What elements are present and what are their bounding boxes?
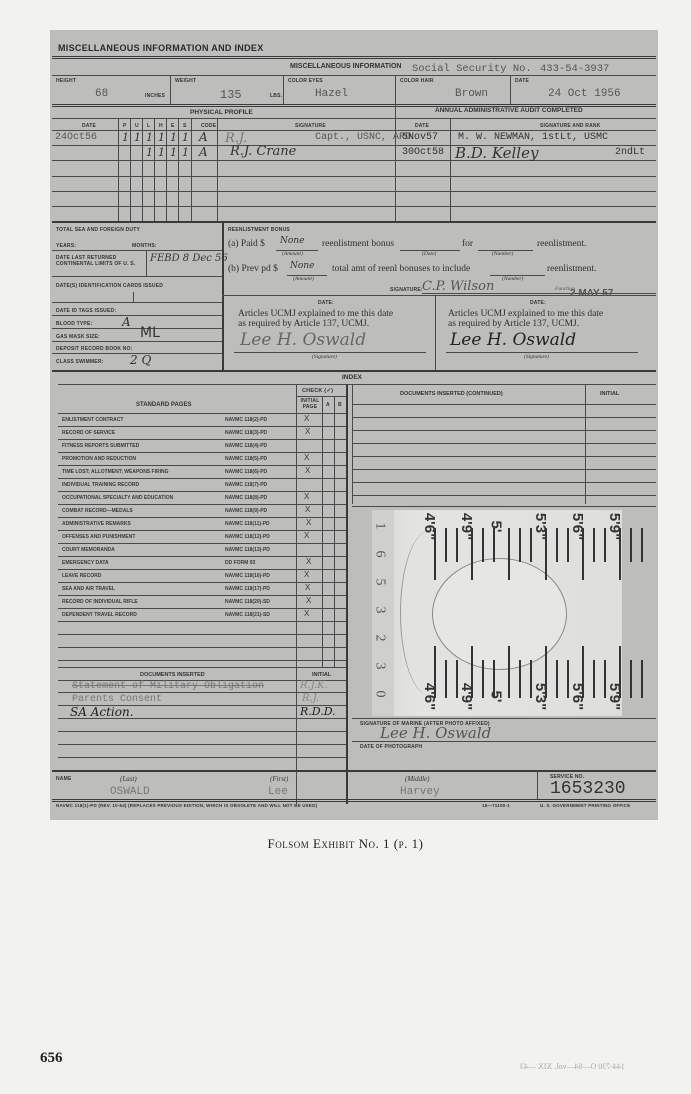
blood-label: BLOOD TYPE: <box>56 321 92 327</box>
index-row-check: X <box>304 609 309 619</box>
audit-row-2-rank: 2ndLt <box>615 147 645 158</box>
name-middle-label: (Middle) <box>405 775 430 783</box>
photo-scale-tick <box>493 528 495 562</box>
profile-row-1-u: 1 <box>134 131 141 144</box>
index-row-name: PROMOTION AND REDUCTION <box>62 456 136 462</box>
height-value: 68 <box>95 88 108 100</box>
docs-inserted-initial-header: INITIAL <box>312 672 331 678</box>
photo-scale-tick <box>482 660 484 698</box>
photo-scale-tick <box>545 528 547 580</box>
profile-row-1-date: 24Oct56 <box>55 132 97 143</box>
height-label: HEIGHT <box>56 78 76 84</box>
index-row-name: OFFENSES AND PUNISHMENT <box>62 534 135 540</box>
ucmj-2-signature: Lee H. Oswald <box>450 330 576 350</box>
bonus-b-mid: total amt of reenl bonuses to include <box>332 264 470 274</box>
photo-scale-tick <box>471 528 473 580</box>
index-row: COURT MEMORANDANAVMC 118(13)-PD <box>60 543 296 556</box>
index-row-form: NAVMC 118(9)-PD <box>225 508 267 514</box>
index-row: FITNESS REPORTS SUBMITTEDNAVMC 118(4)-PD <box>60 439 296 452</box>
index-row-check: X <box>304 531 309 541</box>
profile-row-1-l: 1 <box>146 131 153 144</box>
gas-mask-value: ML <box>140 325 160 341</box>
docs-continued-initial-header: INITIAL <box>600 391 619 397</box>
swimmer-label: CLASS SWIMMER: <box>56 359 104 365</box>
index-row-form: NAVMC 118(6)-PD <box>225 469 267 475</box>
bonus-signature: C.P. Wilson <box>422 279 494 294</box>
photo-scale-tick <box>630 528 632 562</box>
ucmj-2-text1: Articles UCMJ explained to me this date <box>448 309 603 319</box>
index-row-check: X <box>304 453 309 463</box>
audit-row-2-signature: B.D. Kelley <box>455 144 538 162</box>
index-row-form: NAVMC 118(4)-PD <box>225 443 267 449</box>
misc-info-header: MISCELLANEOUS INFORMATION <box>290 63 401 70</box>
profile-row-2-h: 1 <box>158 146 165 159</box>
photo-scale-tick <box>508 528 510 580</box>
name-first-label: (First) <box>270 775 288 783</box>
index-row-name: ADMINISTRATIVE REMARKS <box>62 521 131 527</box>
profile-row-1-signature: Capt., USNC, ARO <box>315 132 411 143</box>
index-row-check: X <box>304 570 309 580</box>
profile-row-1-p: 1 <box>122 131 129 144</box>
photo-scale-tick <box>593 660 595 698</box>
hair-value: Brown <box>455 88 488 100</box>
audit-row-2-date: 30Oct58 <box>402 147 444 158</box>
photo-scale-tick <box>630 660 632 698</box>
index-row-form: NAVMC 118(20)-SD <box>225 599 270 605</box>
profile-col-l: L <box>147 123 150 129</box>
photo-scale-tick <box>519 528 521 562</box>
bonus-a-prefix: (a) Paid $ <box>228 239 265 249</box>
index-row-name: RECORD OF INDIVIDUAL RIFLE <box>62 599 138 605</box>
photo-scale-tick <box>482 528 484 562</box>
check-col-b: B <box>338 402 342 408</box>
photo-scale-tick <box>556 528 558 562</box>
bonus-b-amount-label: (Amount) <box>293 276 314 282</box>
photo-scale-tick <box>434 646 436 698</box>
id-tags-label: DATE ID TAGS ISSUED: <box>56 308 116 314</box>
height-unit: INCHES <box>145 93 165 99</box>
bleed-through-text: 144-730 O—64—vol. XIX —43 <box>520 1062 625 1071</box>
index-row-name: LEAVE RECORD <box>62 573 101 579</box>
print-code: 16—71100-1 <box>482 803 510 808</box>
bonus-b-suffix: reenlistment. <box>547 264 596 274</box>
doc-3-name: SA Action. <box>70 705 134 719</box>
index-row-check: X <box>304 492 309 502</box>
index-row: PROMOTION AND REDUCTIONNAVMC 118(5)-PD <box>60 452 296 465</box>
photo-scale-tick <box>593 528 595 562</box>
name-last-label: (Last) <box>120 775 137 783</box>
doc-1-name: Statement of Military Obligation <box>72 681 264 692</box>
profile-row-1-h: 1 <box>158 131 165 144</box>
doc-1-initial: R.J.K. <box>300 680 328 691</box>
index-row-name: DEPENDENT TRAVEL RECORD <box>62 612 137 618</box>
index-row-name: TIME LOST; ALLOTMENT; WEAPONS FIRING <box>62 469 168 475</box>
index-row-check: X <box>305 583 310 593</box>
index-row-name: COMBAT RECORD—MEDALS <box>62 508 133 514</box>
photo-scale-label: 5' <box>487 691 504 703</box>
index-row: TIME LOST; ALLOTMENT; WEAPONS FIRINGNAVM… <box>60 465 296 478</box>
returned-label: DATE LAST RETURNED CONTINENTAL LIMITS OF… <box>56 255 136 267</box>
index-row-name: SEA AND AIR TRAVEL <box>62 586 115 592</box>
index-row-name: FITNESS REPORTS SUBMITTED <box>62 443 139 449</box>
photo-scale-tick <box>582 646 584 698</box>
index-row-check: X <box>306 557 311 567</box>
index-row-form: NAVMC 118(16)-PD <box>225 573 270 579</box>
profile-col-code: CODE <box>201 123 216 129</box>
gas-mask-label: GAS MASK SIZE: <box>56 334 100 340</box>
date-value: 24 Oct 1956 <box>548 88 621 100</box>
profile-row-2-e: 1 <box>170 146 177 159</box>
ucmj-2-text2: as required by Article 137, UCMJ. <box>448 319 579 329</box>
audit-col-signature: SIGNATURE AND RANK <box>540 123 601 129</box>
check-header: CHECK (✓) <box>302 388 333 394</box>
photo-signature: Lee H. Oswald <box>380 724 491 742</box>
audit-header: ANNUAL ADMINISTRATIVE AUDIT COMPLETED <box>435 107 583 114</box>
bonus-a-mid: reenlistment bonus <box>322 239 394 249</box>
index-row: LEAVE RECORDNAVMC 118(16)-PD <box>60 569 296 582</box>
profile-col-s: S <box>183 123 187 129</box>
index-row: RECORD OF INDIVIDUAL RIFLENAVMC 118(20)-… <box>60 595 296 608</box>
docs-inserted-header: DOCUMENTS INSERTED <box>140 672 205 678</box>
ssn-label: Social Security No. <box>412 63 532 75</box>
photo-scale-tick <box>445 528 447 562</box>
profile-col-date: DATE <box>82 123 96 129</box>
weight-value: 135 <box>220 88 242 102</box>
index-row-check: X <box>305 427 310 437</box>
index-row-check: X <box>306 518 311 528</box>
profile-row-2-signature: R.J. Crane <box>230 144 296 159</box>
photo-id-digit: 3 <box>372 607 388 614</box>
index-row-name: OCCUPATIONAL SPECIALTY AND EDUCATION <box>62 495 173 501</box>
photo-scale-tick <box>434 528 436 580</box>
photo-scale-tick <box>508 646 510 698</box>
ucmj-1-signature: Lee H. Oswald <box>240 330 366 350</box>
index-row-name: EMERGENCY DATA <box>62 560 109 566</box>
name-first-value: Lee <box>268 786 288 798</box>
index-row-form: NAVMC 118(2)-PD <box>225 417 267 423</box>
index-row-check: X <box>305 505 310 515</box>
name-last-value: OSWALD <box>110 786 150 798</box>
ucmj-1-text2: as required by Article 137, UCMJ. <box>238 319 369 329</box>
profile-row-2-s: 1 <box>182 146 189 159</box>
audit-row-1-date: 5Nov57 <box>402 132 438 143</box>
bonus-b-number-label: (Number) <box>502 276 523 282</box>
ssn-value: 433-54-3937 <box>540 63 609 75</box>
index-row: COMBAT RECORD—MEDALSNAVMC 118(9)-PD <box>60 504 296 517</box>
hair-label: COLOR HAIR <box>400 78 434 84</box>
photo-scale-tick <box>619 646 621 698</box>
profile-row-1-e: 1 <box>170 131 177 144</box>
index-row: ENLISTMENT CONTRACTNAVMC 118(2)-PD <box>60 413 296 426</box>
exhibit-caption: Folsom Exhibit No. 1 (p. 1) <box>0 836 691 852</box>
profile-row-2-l: 1 <box>146 146 153 159</box>
docs-continued-header: DOCUMENTS INSERTED (Continued) <box>400 391 503 397</box>
photo-scale-tick <box>619 528 621 580</box>
bonus-header: REENLISTMENT BONUS <box>228 227 290 233</box>
service-record-form: MISCELLANEOUS INFORMATION AND INDEX MISC… <box>50 30 658 820</box>
index-row-form: NAVMC 118(11)-PD <box>225 521 270 527</box>
photo-scale-tick <box>445 660 447 698</box>
swimmer-value: 2 Q <box>130 353 151 367</box>
audit-row-1-signature: M. W. NEWMAN, 1stLt, USMC <box>458 132 608 143</box>
index-row-check: X <box>306 596 311 606</box>
photo-id-digit: 6 <box>372 551 388 558</box>
photo-id-digit: 3 <box>372 663 388 670</box>
index-row-form: NAVMC 118(5)-PD <box>225 456 267 462</box>
marine-photo: 1653230 4'6"4'6"4'9"4'9"5'5'5'3"5'3"5'6"… <box>372 510 622 716</box>
id-cards-label: DATE(S) IDENTIFICATION CARDS ISSUED <box>56 283 163 289</box>
index-row-form: NAVMC 118(17)-PD <box>225 586 270 592</box>
printer: U. S. GOVERNMENT PRINTING OFFICE <box>540 803 630 808</box>
index-row-form: NAVMC 118(21)-SD <box>225 612 270 618</box>
photo-id-digit: 2 <box>372 635 388 642</box>
photo-scale-tick <box>641 660 643 698</box>
ucmj-2-date-label: DATE: <box>530 300 546 306</box>
index-row-check: X <box>305 466 310 476</box>
photo-scale-tick <box>556 660 558 698</box>
index-row-check: X <box>304 414 309 424</box>
sea-foreign-label: TOTAL SEA AND FOREIGN DUTY <box>56 227 140 233</box>
bonus-b-prefix: (b) Prev pd $ <box>228 264 278 274</box>
index-row-form: NAVMC 118(3)-PD <box>225 430 267 436</box>
service-no-value: 1653230 <box>550 779 626 799</box>
photo-id-digit: 5 <box>372 579 388 586</box>
form-id: NAVMC 118(1)-PD (REV. 10-54) (REPLACES P… <box>56 803 317 808</box>
photo-scale-tick <box>641 528 643 562</box>
ucmj-2-date-value: 2 MAY 57 <box>570 288 613 299</box>
blood-value: A <box>122 315 131 329</box>
bonus-a-number-label: (Number) <box>492 251 513 257</box>
index-row-name: COURT MEMORANDA <box>62 547 115 553</box>
ucmj-1-text1: Articles UCMJ explained to me this date <box>238 309 393 319</box>
index-row-form: DD FORM 93 <box>225 560 255 566</box>
bonus-a-amount: None <box>280 236 304 246</box>
index-row-name: RECORD OF SERVICE <box>62 430 115 436</box>
index-row: DEPENDENT TRAVEL RECORDNAVMC 118(21)-SD <box>60 608 296 621</box>
index-row-form: NAVMC 118(7)-PD <box>225 482 267 488</box>
doc-3-initial: R.D.D. <box>300 705 336 718</box>
index-row: ADMINISTRATIVE REMARKSNAVMC 118(11)-PD <box>60 517 296 530</box>
profile-col-signature: SIGNATURE <box>295 123 326 129</box>
profile-row-1-s: 1 <box>182 131 189 144</box>
profile-col-u: U <box>135 123 139 129</box>
standard-pages-header: STANDARD PAGES <box>136 402 191 408</box>
bonus-a-amount-label: (Amount) <box>282 251 303 257</box>
index-row: INDIVIDUAL TRAINING RECORDNAVMC 118(7)-P… <box>60 478 296 491</box>
index-row-form: NAVMC 118(12)-PD <box>225 534 270 540</box>
initial-page-header: INITIAL PAGE <box>300 399 320 410</box>
bonus-signature-label: SIGNATURE: <box>390 287 423 293</box>
index-row-name: INDIVIDUAL TRAINING RECORD <box>62 482 139 488</box>
eyes-label: COLOR EYES <box>288 78 323 84</box>
profile-col-p: P <box>123 123 127 129</box>
weight-label: WEIGHT <box>175 78 196 84</box>
index-row: SEA AND AIR TRAVELNAVMC 118(17)-PD <box>60 582 296 595</box>
page-number: 656 <box>40 1050 63 1067</box>
photo-id-digit: 1 <box>372 523 388 530</box>
index-row: OCCUPATIONAL SPECIALTY AND EDUCATIONNAVM… <box>60 491 296 504</box>
photo-scale-tick <box>519 660 521 698</box>
audit-col-date: DATE <box>415 123 429 129</box>
bonus-a-suffix: reenlistment. <box>537 239 586 249</box>
photo-scale-tick <box>582 528 584 580</box>
index-row-form: NAVMC 118(13)-PD <box>225 547 270 553</box>
name-middle-value: Harvey <box>400 786 440 798</box>
profile-row-2-code: A <box>199 145 208 159</box>
check-col-a: A <box>326 402 330 408</box>
weight-unit: LBS. <box>270 93 282 99</box>
name-label: NAME <box>56 776 72 782</box>
ucmj-1-sig-label: (Signature) <box>312 354 337 360</box>
bonus-a-date-label: (Date) <box>422 251 436 257</box>
profile-col-e: E <box>171 123 175 129</box>
index-row-form: NAVMC 118(8)-PD <box>225 495 267 501</box>
deposit-label: DEPOSIT RECORD BOOK NO: <box>56 346 133 352</box>
doc-2-name: Parents Consent <box>72 694 162 705</box>
index-row-name: ENLISTMENT CONTRACT <box>62 417 123 423</box>
index-header: INDEX <box>342 374 362 381</box>
bonus-a-for: for <box>462 239 473 249</box>
photo-id-digit: 0 <box>372 691 388 698</box>
bonus-b-amount: None <box>290 261 314 271</box>
ucmj-1-date-label: DATE: <box>318 300 334 306</box>
years-label: YEARS: <box>56 243 76 249</box>
photo-scale-label: 5' <box>487 521 504 533</box>
months-label: MONTHS: <box>132 243 157 249</box>
ucmj-2-sig-label: (Signature) <box>524 354 549 360</box>
profile-col-h: H <box>159 123 163 129</box>
returned-value: FEBD 8 Dec 56 <box>150 253 228 264</box>
index-row: OFFENSES AND PUNISHMENTNAVMC 118(12)-PD <box>60 530 296 543</box>
form-title: MISCELLANEOUS INFORMATION AND INDEX <box>58 43 264 53</box>
photo-date-label: DATE OF PHOTOGRAPH <box>360 744 422 750</box>
photo-scale-tick <box>545 646 547 698</box>
date-label: DATE <box>515 78 529 84</box>
physical-profile-header: PHYSICAL PROFILE <box>190 109 253 116</box>
profile-row-1-code: A <box>199 130 208 144</box>
eyes-value: Hazel <box>315 88 348 100</box>
index-row: RECORD OF SERVICENAVMC 118(3)-PD <box>60 426 296 439</box>
doc-2-initial: R.J. <box>302 693 319 704</box>
index-row: EMERGENCY DATADD FORM 93 <box>60 556 296 569</box>
photo-scale-tick <box>471 646 473 698</box>
